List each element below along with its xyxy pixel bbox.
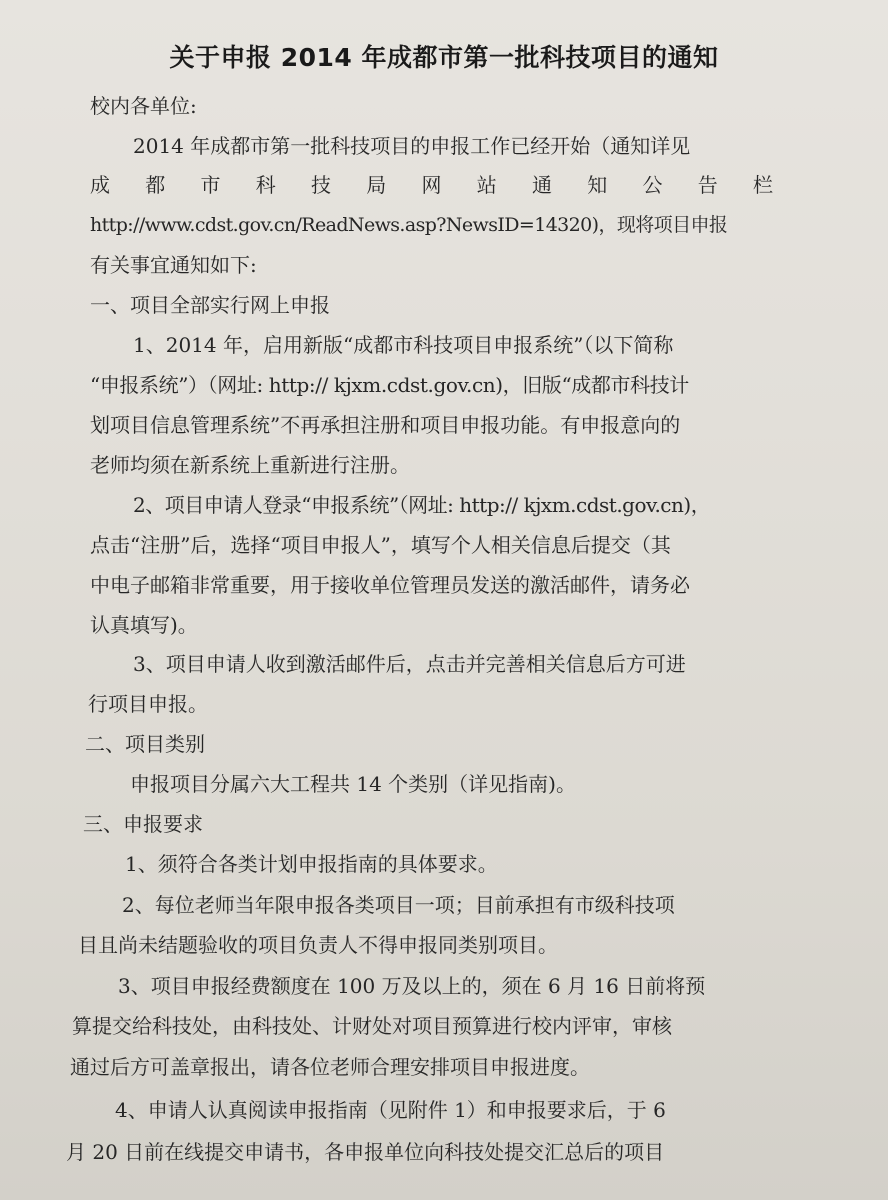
section1-item3-line2: 行项目申报。 [88,691,208,717]
section-heading-1: 一、项目全部实行网上申报 [90,292,330,318]
section1-item2-line3: 中电子邮箱非常重要，用于接收单位管理员发送的激活邮件，请务必 [90,572,690,598]
char: 局 [366,172,386,198]
intro-line-1: 2014 年成都市第一批科技项目的申报工作已经开始（通知详见 [133,133,690,159]
document-title: 关于申报 2014 年成都市第一批科技项目的通知 [0,38,888,74]
char: 知 [587,172,607,198]
section1-item3-line1: 3、项目申请人收到激活邮件后，点击并完善相关信息后方可进 [133,651,686,677]
char: 公 [643,172,663,198]
section1-item1-line1: 1、2014 年，启用新版“成都市科技项目申报系统”（以下简称 [133,332,673,358]
section1-item2-line1: 2、项目申请人登录“申报系统”（网址: http:// kjxm.cdst.go… [133,492,710,518]
section1-item1-line2: “申报系统”）（网址: http:// kjxm.cdst.gov.cn)，旧版… [90,372,689,398]
char: 成 [90,172,110,198]
char: 栏 [753,172,773,198]
section3-item3-line2: 算提交给科技处，由科技处、计财处对项目预算进行校内评审，审核 [72,1013,672,1039]
char: 网 [422,172,442,198]
char: 通 [532,172,552,198]
section3-item3-line3: 通过后方可盖章报出，请各位老师合理安排项目申报进度。 [70,1054,590,1080]
section3-item2-line2: 目且尚未结题验收的项目负责人不得申报同类别项目。 [78,932,558,958]
intro-line-3: http://www.cdst.gov.cn/ReadNews.asp?News… [90,212,727,238]
char: 告 [698,172,718,198]
section3-item2-line1: 2、每位老师当年限申报各类项目一项；目前承担有市级科技项 [122,892,675,918]
section1-item2-line2: 点击“注册”后，选择“项目申报人”，填写个人相关信息后提交（其 [90,532,671,558]
char: 站 [477,172,497,198]
section1-item1-line3: 划项目信息管理系统”不再承担注册和项目申报功能。有申报意向的 [90,412,680,438]
section3-item4-line2: 月 20 日前在线提交申请书，各申报单位向科技处提交汇总后的项目 [66,1139,664,1165]
section3-item3-line1: 3、项目申报经费额度在 100 万及以上的，须在 6 月 16 日前将预 [118,973,705,999]
section1-item2-line4: 认真填写)。 [90,612,198,638]
section3-item1-line1: 1、须符合各类计划申报指南的具体要求。 [125,851,498,877]
char: 市 [201,172,221,198]
char: 都 [145,172,165,198]
section3-item4-line1: 4、申请人认真阅读申报指南（见附件 1）和申报要求后，于 6 [115,1097,666,1123]
section2-item1-line1: 申报项目分属六大工程共 14 个类别（详见指南)。 [130,771,576,797]
document-page: 关于申报 2014 年成都市第一批科技项目的通知 校内各单位: 2014 年成都… [0,0,888,1200]
salutation: 校内各单位: [90,93,197,119]
char: 科 [256,172,276,198]
char: 技 [311,172,331,198]
intro-line-2: 成 都 市 科 技 局 网 站 通 知 公 告 栏 [90,172,773,198]
section-heading-3: 三、申报要求 [83,811,203,837]
section-heading-2: 二、项目类别 [85,731,205,757]
section1-item1-line4: 老师均须在新系统上重新进行注册。 [90,452,410,478]
intro-line-4: 有关事宜通知如下: [90,252,257,278]
